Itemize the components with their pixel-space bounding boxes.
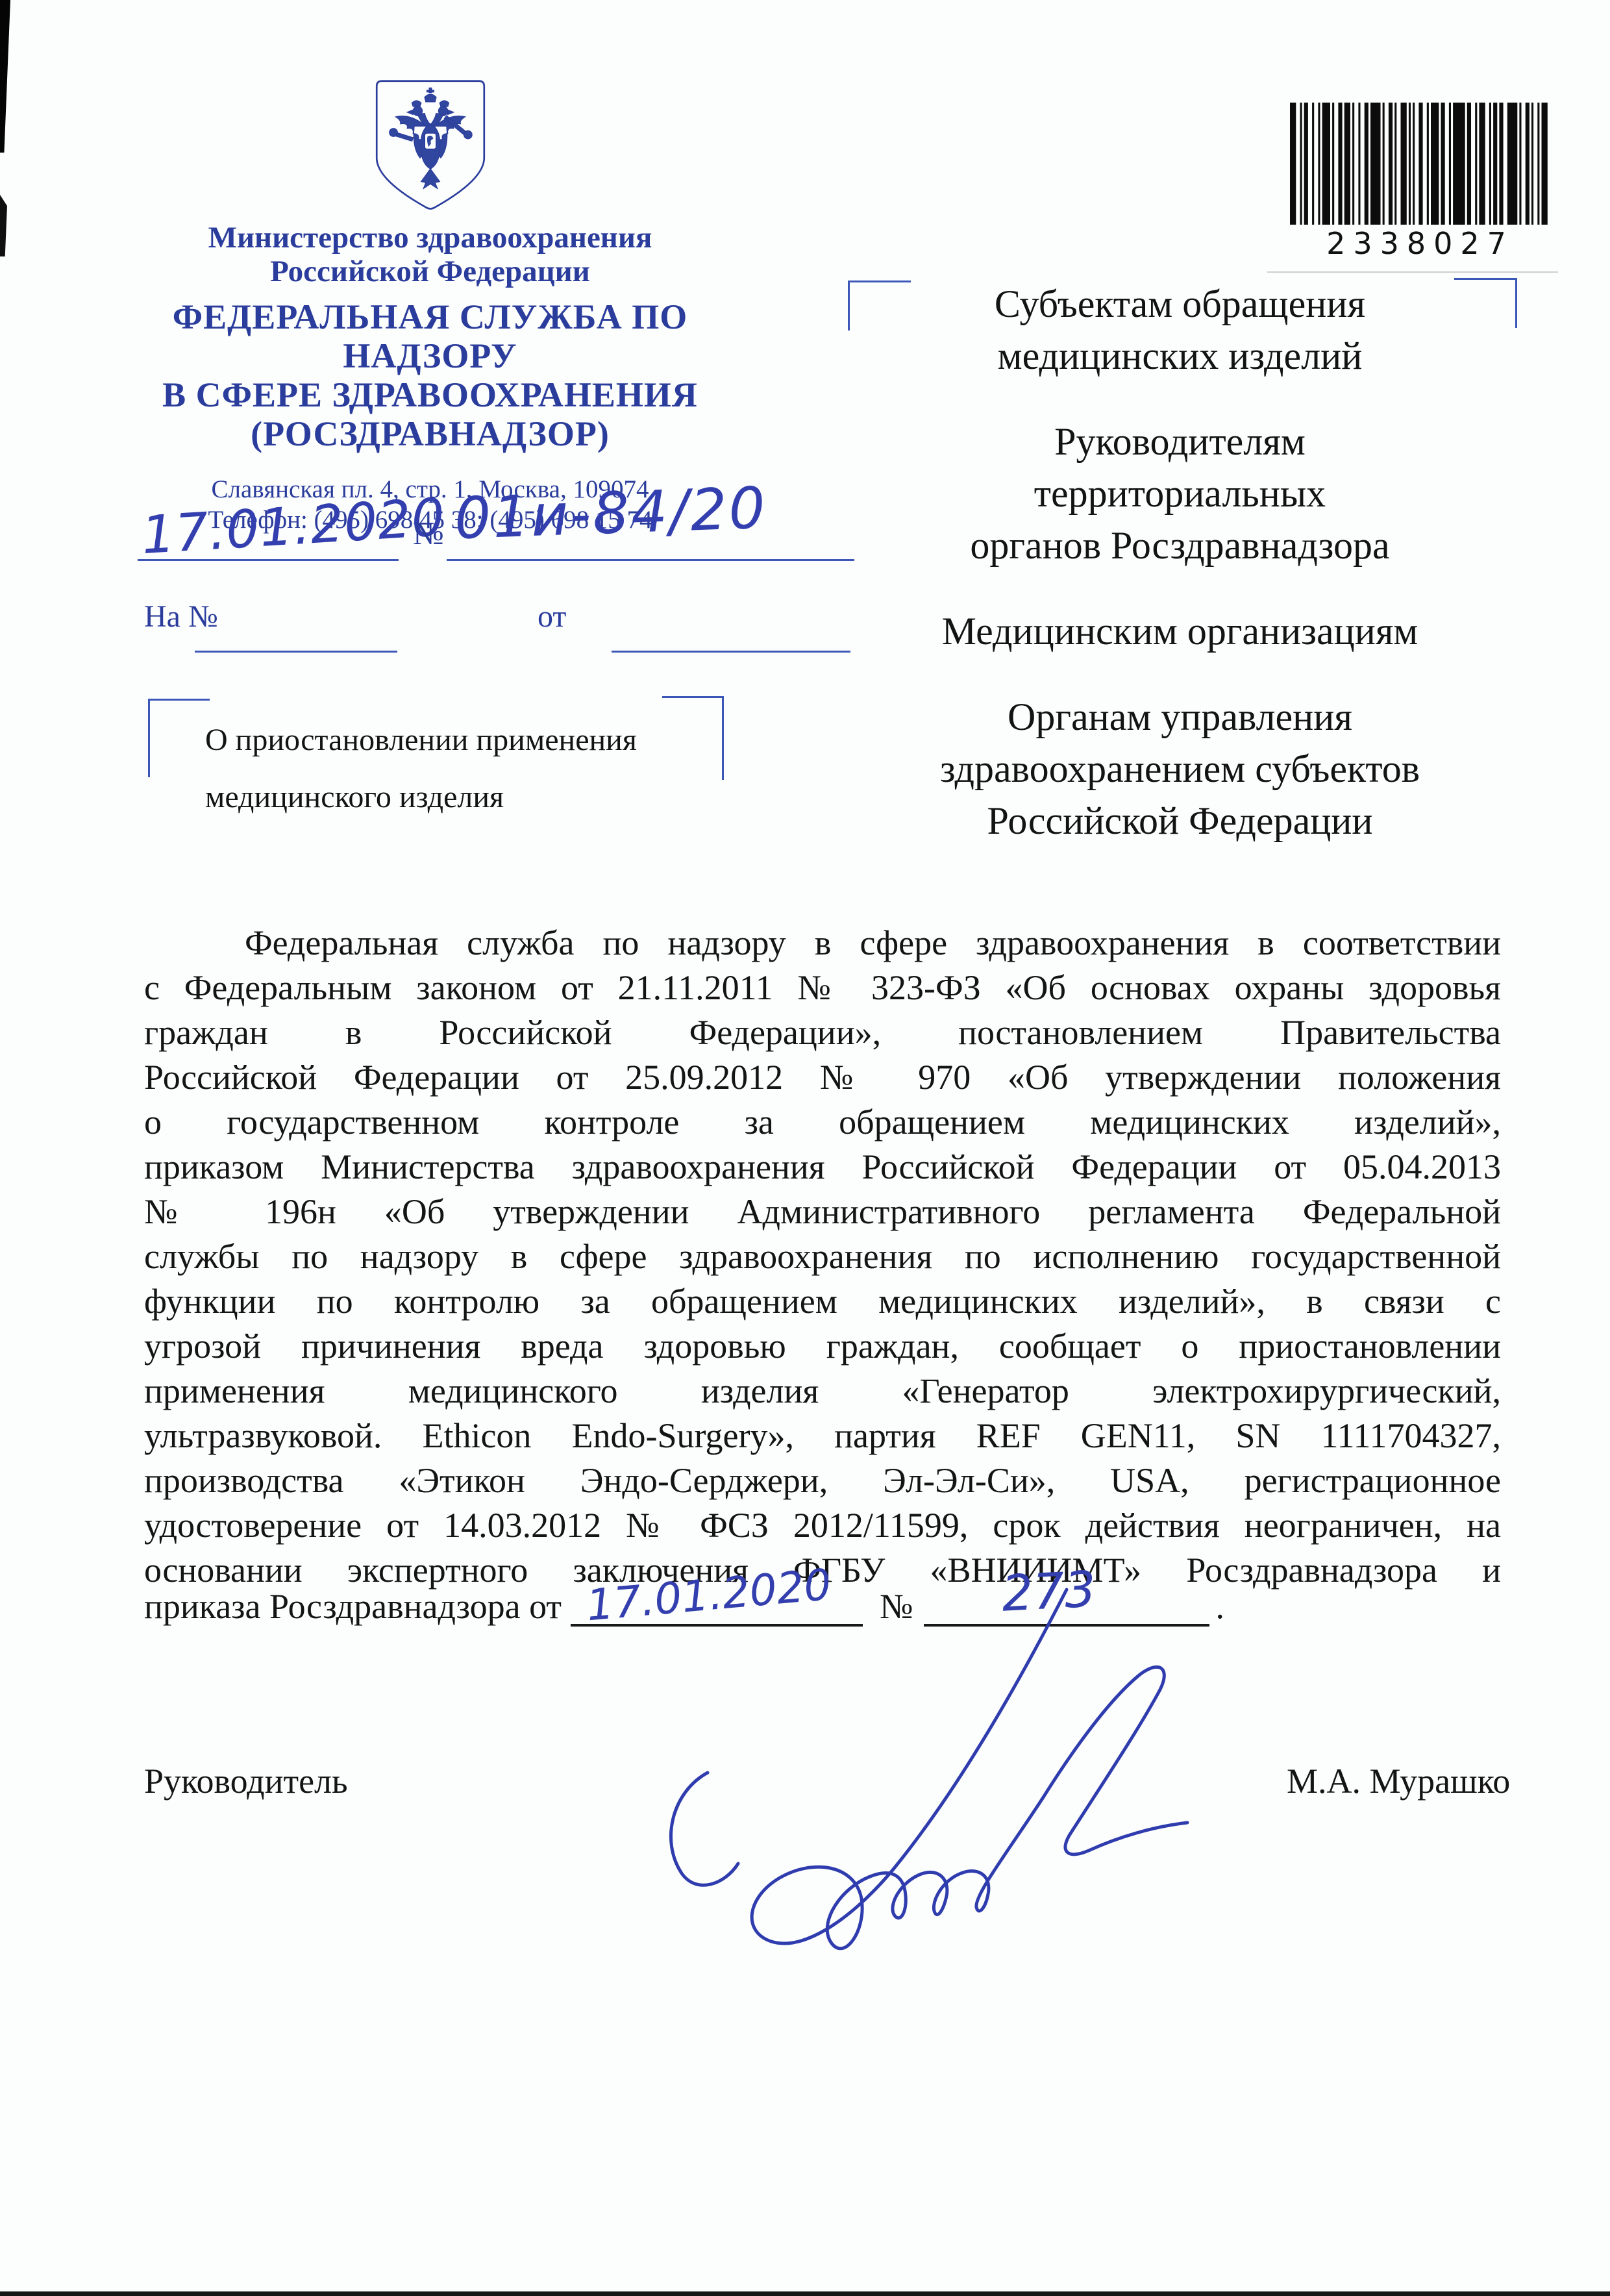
addressee-line: здравоохранением субъектов	[841, 743, 1519, 795]
body-line: граждан в Российской Федерации», постано…	[144, 1010, 1501, 1055]
body-line: о государственном контроле за обращением…	[144, 1100, 1501, 1145]
final-line-prefix: приказа Росздравнадзора от	[144, 1586, 562, 1627]
addressee-line: медицинских изделий	[841, 330, 1519, 382]
body-line: производства «Этикон Эндо-Серджери, Эл-Э…	[144, 1458, 1501, 1503]
incoming-number-label: На №	[144, 599, 218, 634]
letter-body: Федеральная служба по надзору в сфере зд…	[144, 921, 1501, 1593]
barcode-number: 2338027	[1289, 226, 1552, 261]
service-name-line2: В СФЕРЕ ЗДРАВООХРАНЕНИЯ	[136, 375, 724, 414]
letterhead: Министерство здравоохранения Российской …	[136, 77, 724, 535]
addressee-block: Органам управления здравоохранением субъ…	[841, 691, 1519, 847]
handwritten-outgoing-number: 01и-84/20	[453, 471, 871, 552]
body-line: Федеральная служба по надзору в сфере зд…	[144, 921, 1501, 966]
addressee-list: Субъектам обращения медицинских изделий …	[841, 278, 1519, 880]
corner-bracket	[148, 699, 210, 777]
ruled-line	[612, 651, 850, 653]
body-line: ультразвуковой. Ethicon Endo-Surgery», п…	[144, 1414, 1501, 1458]
signer-name: М.А. Мурашко	[1287, 1761, 1510, 1801]
service-name-line3: (РОСЗДРАВНАДЗОР)	[136, 414, 724, 453]
body-line: службы по надзору в сфере здравоохранени…	[144, 1234, 1501, 1279]
handwritten-signature	[646, 1578, 1211, 1967]
addressee-line: органов Росздравнадзора	[841, 519, 1519, 571]
scan-edge-artifact	[0, 2291, 1610, 2296]
scan-edge-artifact	[0, 0, 10, 153]
addressee-line: Руководителям	[841, 416, 1519, 468]
service-name-line1: ФЕДЕРАЛЬНАЯ СЛУЖБА ПО НАДЗОРУ	[136, 297, 724, 375]
scanned-letter-page: Министерство здравоохранения Российской …	[0, 0, 1610, 2296]
body-line: функции по контролю за обращением медици…	[144, 1279, 1501, 1324]
body-line: удостоверение от 14.03.2012 № ФСЗ 2012/1…	[144, 1503, 1501, 1548]
body-line: Российской Федерации от 25.09.2012 № 970…	[144, 1055, 1501, 1100]
ruled-line	[447, 559, 854, 561]
addressee-block: Субъектам обращения медицинских изделий	[841, 278, 1519, 382]
body-line: угрозой причинения вреда здоровью гражда…	[144, 1324, 1501, 1369]
final-line-period: .	[1216, 1586, 1225, 1627]
ministry-name-line1: Министерство здравоохранения	[136, 221, 724, 255]
divider	[1267, 271, 1558, 273]
subject-line: О приостановлении применения	[205, 712, 699, 769]
ministry-name-line2: Российской Федерации	[136, 255, 724, 288]
incoming-date-label: от	[538, 599, 566, 634]
body-line: применения медицинского изделия «Генерат…	[144, 1369, 1501, 1414]
addressee-line: Органам управления	[841, 691, 1519, 743]
subject: О приостановлении применения медицинског…	[205, 712, 699, 826]
ruled-line	[195, 651, 397, 653]
addressee-line: Медицинским организациям	[841, 605, 1519, 657]
body-line: с Федеральным законом от 21.11.2011 № 32…	[144, 966, 1501, 1010]
ruled-line	[138, 559, 399, 561]
addressee-line: Субъектам обращения	[841, 278, 1519, 330]
number-sign: №	[413, 514, 444, 552]
addressee-line: Российской Федерации	[841, 795, 1519, 847]
addressee-line: территориальных	[841, 468, 1519, 519]
subject-line: медицинского изделия	[205, 769, 699, 826]
scan-edge-artifact	[0, 195, 7, 256]
coat-of-arms-icon	[373, 77, 488, 214]
barcode: 2338027	[1289, 103, 1552, 261]
barcode-bars	[1289, 103, 1552, 225]
addressee-block: Медицинским организациям	[841, 605, 1519, 657]
addressee-block: Руководителям территориальных органов Ро…	[841, 416, 1519, 571]
body-line: № 196н «Об утверждении Административного…	[144, 1190, 1501, 1234]
signer-position-label: Руководитель	[144, 1761, 348, 1801]
body-line: приказом Министерства здравоохранения Ро…	[144, 1145, 1501, 1190]
